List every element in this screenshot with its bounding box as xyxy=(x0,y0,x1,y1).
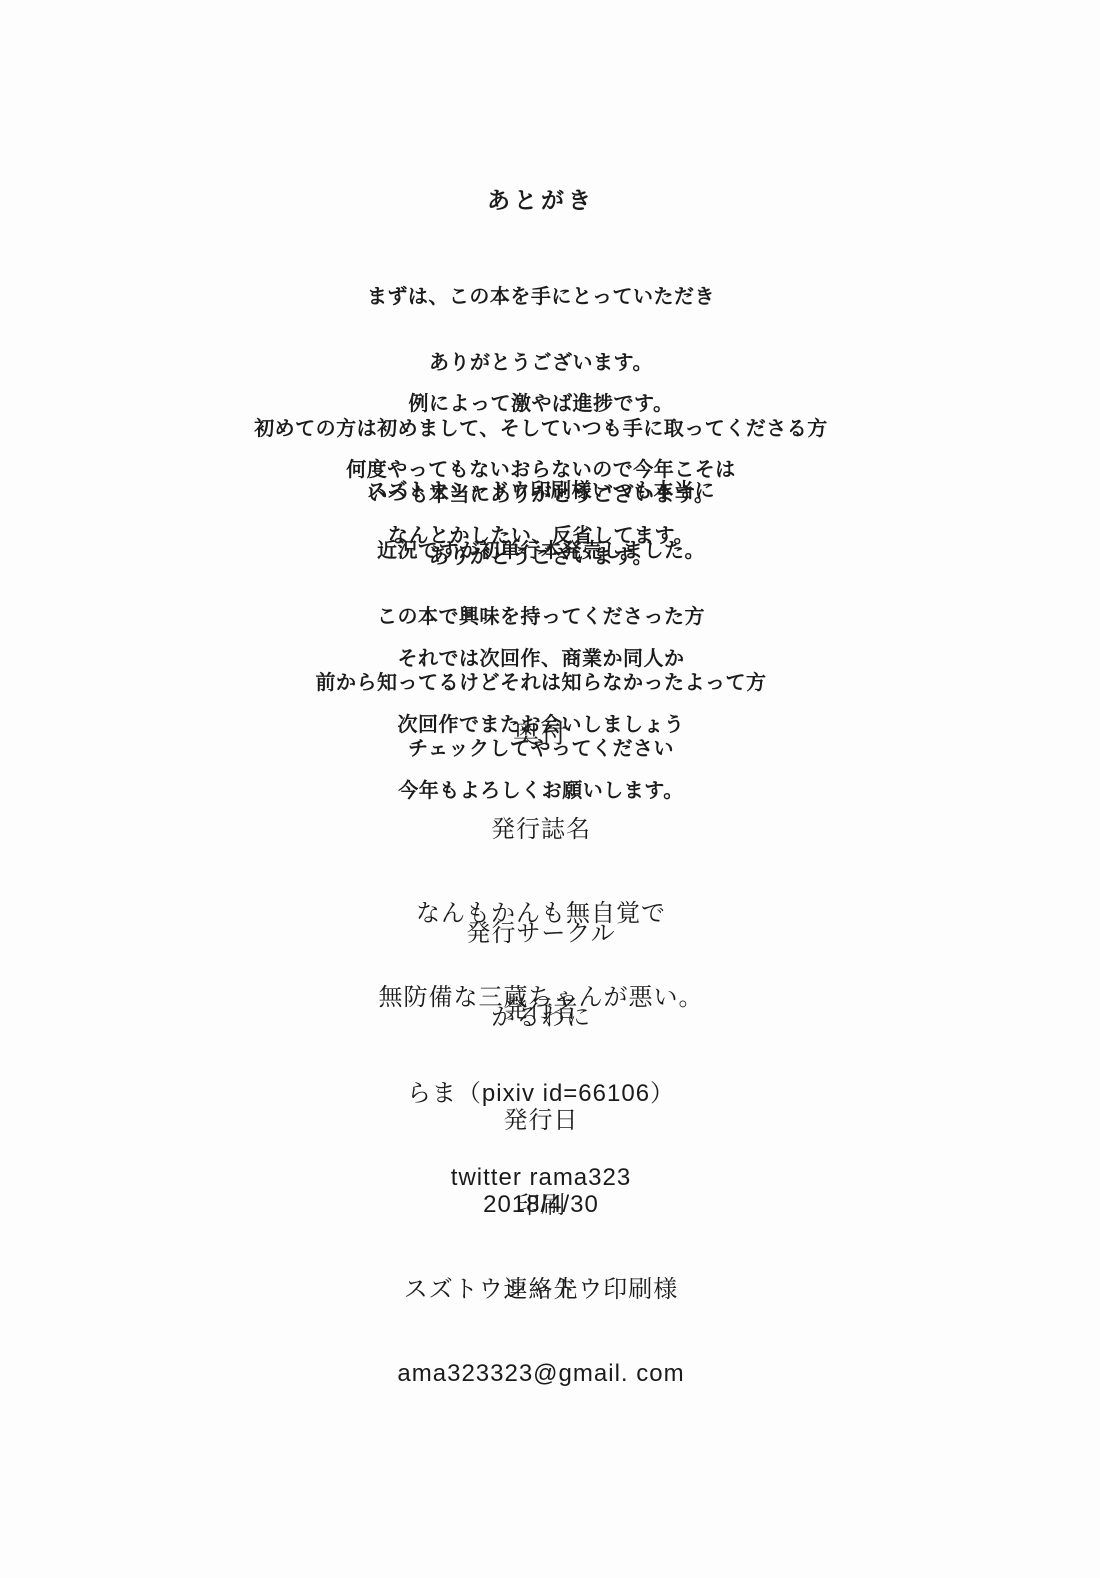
section-label: 連絡先 xyxy=(0,1276,1091,1304)
section-label: 印刷 xyxy=(0,1192,1091,1220)
text-line: 近況ですが初単行本発売しました。 xyxy=(0,540,1091,562)
section-label: 発行者 xyxy=(0,996,1091,1024)
colophon-section-contact: 連絡先 ama323323@gmail. com xyxy=(0,1220,1091,1444)
text-line: 例によって激やば進捗です。 xyxy=(0,393,1091,415)
scanned-doujin-colophon-page: あとがき まずは、この本を手にとっていただき ありがとうございます。 初めての方… xyxy=(0,0,1100,1578)
section-label: 発行誌名 xyxy=(0,816,1091,844)
contact-email: ama323323@gmail. com xyxy=(0,1360,1091,1388)
text-line: まずは、この本を手にとっていただき xyxy=(0,286,1091,308)
section-label: 発行日 xyxy=(0,1107,1091,1135)
afterword-title: あとがき xyxy=(0,188,1091,214)
colophon-title: 奥付 xyxy=(0,720,1091,748)
text-line: それでは次回作、商業か同人か xyxy=(0,648,1091,670)
